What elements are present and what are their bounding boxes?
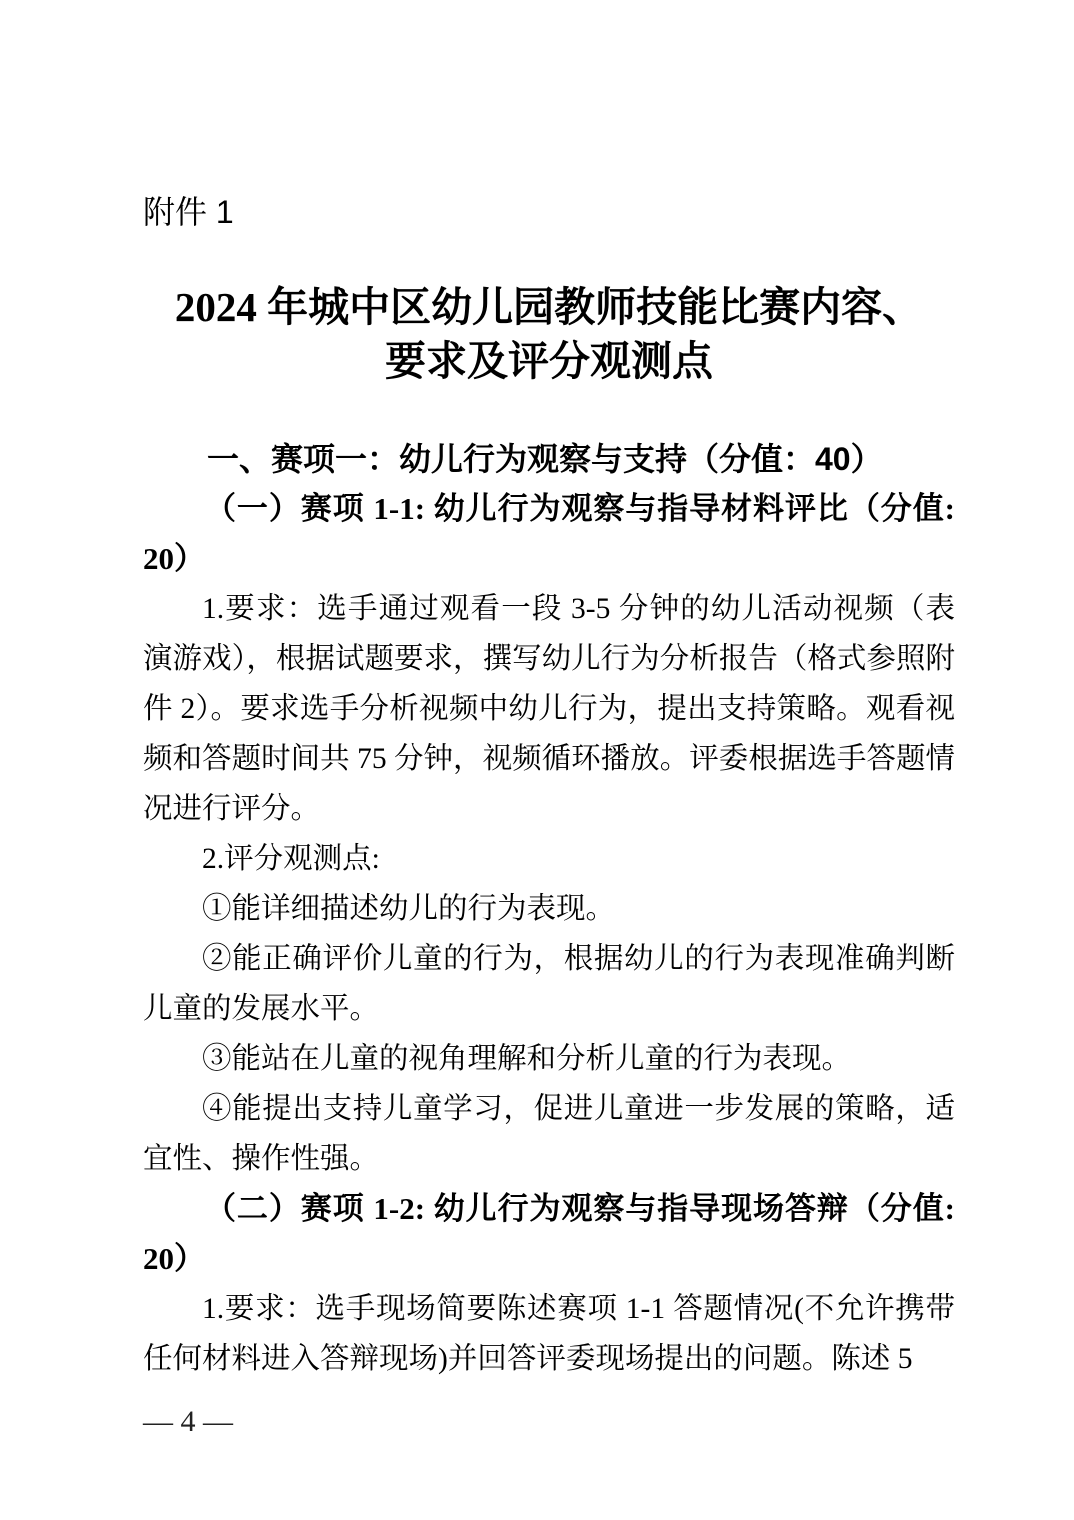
scoring-point-2: ②能正确评价儿童的行为，根据幼儿的行为表现准确判断儿童的发展水平。 <box>143 934 955 1034</box>
subsection-1-1-requirement-paragraph: 1.要求：选手通过观看一段 3-5 分钟的幼儿活动视频（表演游戏），根据试题要求… <box>143 584 955 834</box>
document-title-line-1: 2024 年城中区幼儿园教师技能比赛内容、 <box>143 280 955 334</box>
subsection-1-1-heading: （一）赛项 1-1: 幼儿行为观察与指导材料评比（分值: 20） <box>143 484 955 584</box>
subsection-1-1-scoring-label: 2.评分观测点: <box>143 834 955 884</box>
document-content: 附件 1 2024 年城中区幼儿园教师技能比赛内容、 要求及评分观测点 一、赛项… <box>0 192 1074 1384</box>
subsection-1-2-heading: （二）赛项 1-2: 幼儿行为观察与指导现场答辩（分值: 20） <box>143 1184 955 1284</box>
document-page: 附件 1 2024 年城中区幼儿园教师技能比赛内容、 要求及评分观测点 一、赛项… <box>0 0 1074 1520</box>
subsection-1-2-requirement-paragraph: 1.要求：选手现场简要陈述赛项 1-1 答题情况(不允许携带任何材料进入答辩现场… <box>143 1284 955 1384</box>
scoring-point-4: ④能提出支持儿童学习，促进儿童进一步发展的策略，适宜性、操作性强。 <box>143 1084 955 1184</box>
document-title-line-2: 要求及评分观测点 <box>143 334 955 388</box>
attachment-label: 附件 1 <box>143 192 955 232</box>
section-1-heading: 一、赛项一：幼儿行为观察与支持（分值：40） <box>143 434 955 484</box>
scoring-point-3: ③能站在儿童的视角理解和分析儿童的行为表现。 <box>143 1034 955 1084</box>
scoring-point-1: ①能详细描述幼儿的行为表现。 <box>143 884 955 934</box>
document-title: 2024 年城中区幼儿园教师技能比赛内容、 要求及评分观测点 <box>143 280 955 388</box>
page-number-footer: — 4 — <box>143 1402 233 1442</box>
